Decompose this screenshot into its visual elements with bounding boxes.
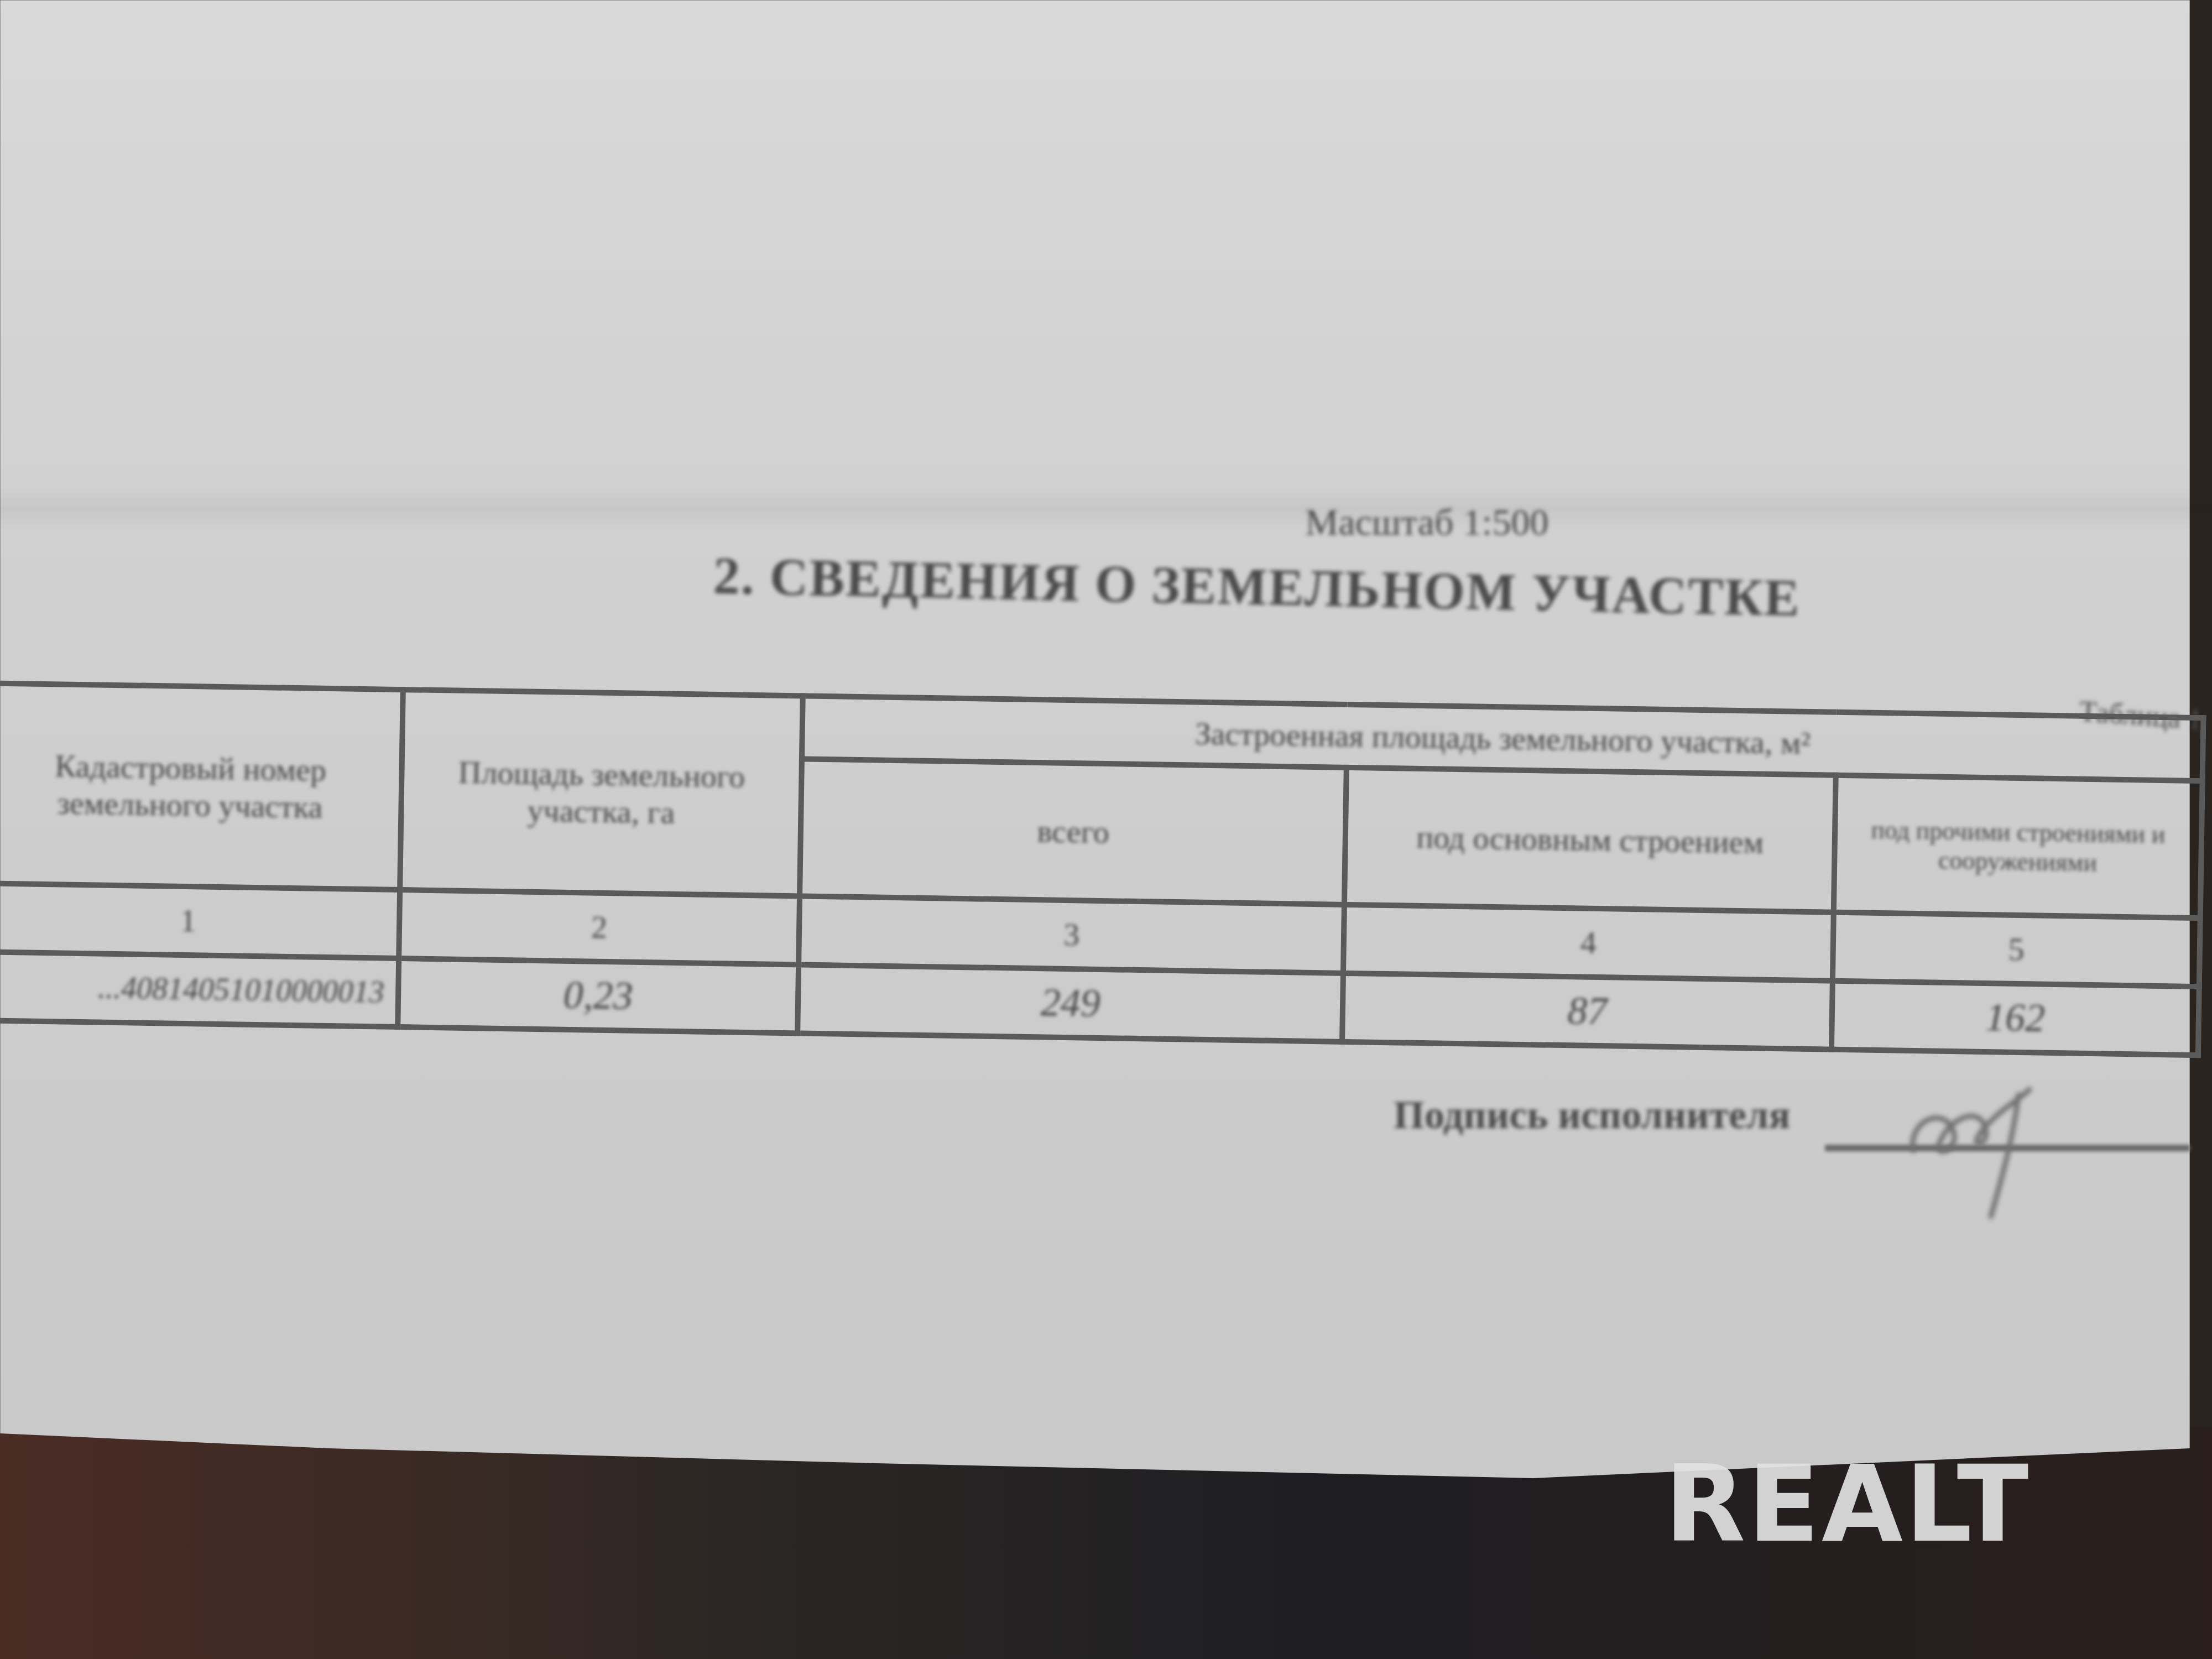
cell-total: 249 xyxy=(798,964,1344,1042)
realt-watermark-logo: REALT xyxy=(1665,1443,2031,1566)
column-number: 5 xyxy=(1833,912,2200,987)
land-plot-table: Кадастровый номер земельного участка Пло… xyxy=(0,680,2206,1058)
cell-area: 0,23 xyxy=(398,958,799,1033)
header-area: Площадь земельного участка, га xyxy=(400,690,803,896)
header-under-other: под прочими строениями и сооружениями xyxy=(1833,775,2202,919)
column-number: 2 xyxy=(399,890,800,964)
cell-under-other: 162 xyxy=(1832,981,2199,1055)
header-total: всего xyxy=(800,759,1347,905)
cell-cadastral-number: ...40814051010000013 xyxy=(0,952,399,1027)
column-number: 1 xyxy=(0,883,400,958)
signature-label: Подпись исполнителя xyxy=(1394,1092,1790,1138)
header-under-main: под основным строением xyxy=(1344,768,1835,912)
cell-under-main: 87 xyxy=(1342,973,1832,1050)
paper-fold-shadow xyxy=(0,487,2212,531)
scale-note: Масштаб 1:500 xyxy=(1305,500,1548,544)
header-cadastral-number: Кадастровый номер земельного участка xyxy=(0,683,403,890)
column-number: 4 xyxy=(1343,905,1833,981)
handwritten-signature xyxy=(1891,1056,2101,1222)
column-number: 3 xyxy=(799,896,1344,973)
